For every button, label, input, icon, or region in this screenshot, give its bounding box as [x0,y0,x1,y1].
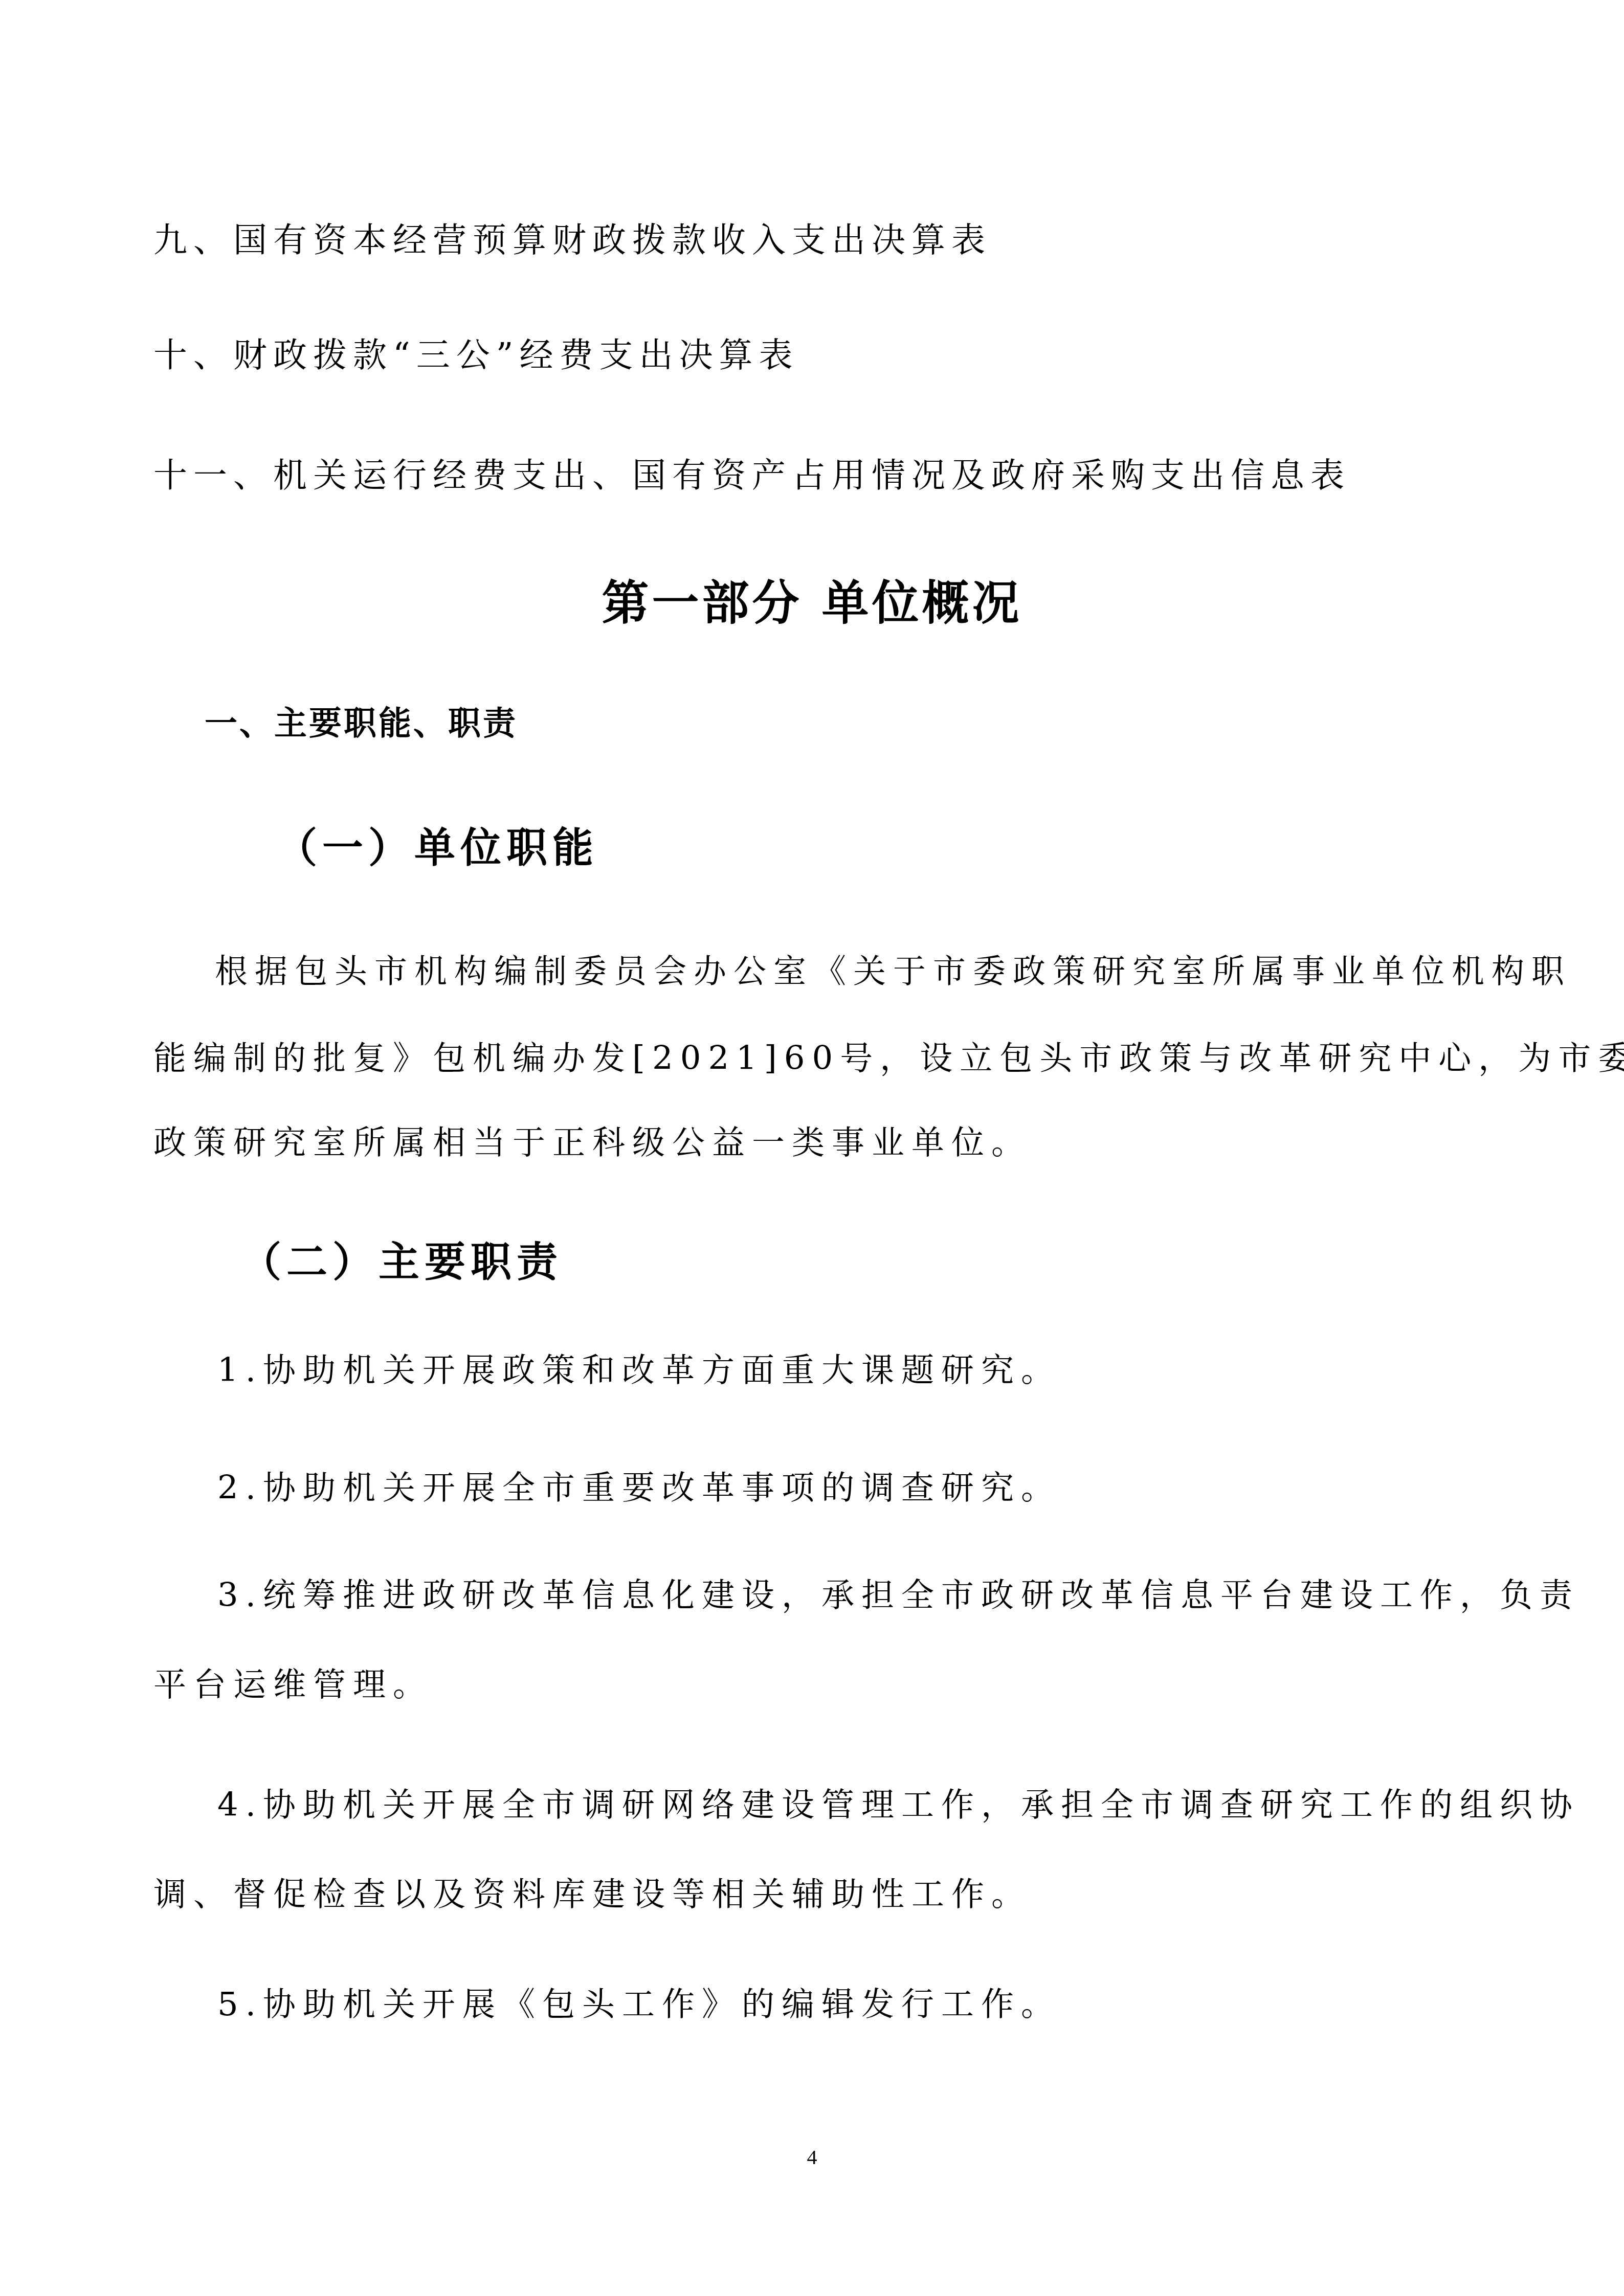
duty-item-4-cont: 调、督促检查以及资料库建设等相关辅助性工作。 [153,1874,1031,1915]
subheading-main-duties: （二）主要职责 [240,1237,563,1287]
duty-item-3: 3.统筹推进政研改革信息化建设，承担全市政研改革信息平台建设工作，负责 [217,1575,1579,1616]
duty-item-2: 2.协助机关开展全市重要改革事项的调查研究。 [217,1468,1061,1509]
document-page: 九、国有资本经营预算财政拨款收入支出决算表 十、财政拨款“三公”经费支出决算表 … [0,0,1624,2296]
heading-main-functions: 一、主要职能、职责 [205,703,518,744]
duty-item-4: 4.协助机关开展全市调研网络建设管理工作，承担全市调查研究工作的组织协 [217,1785,1579,1826]
paragraph-line: 政策研究室所属相当于正科级公益一类事业单位。 [153,1122,1031,1163]
toc-item-10: 十、财政拨款“三公”经费支出决算表 [153,335,798,376]
section-title: 第一部分 单位概况 [0,575,1624,632]
subheading-unit-functions: （一）单位职能 [276,823,598,872]
toc-item-9: 九、国有资本经营预算财政拨款收入支出决算表 [153,220,991,261]
toc-item-11: 十一、机关运行经费支出、国有资产占用情况及政府采购支出信息表 [153,455,1350,496]
paragraph-line: 根据包头市机构编制委员会办公室《关于市委政策研究室所属事业单位机构职 [215,951,1571,992]
duty-item-5: 5.协助机关开展《包头工作》的编辑发行工作。 [217,1984,1061,2025]
paragraph-line: 能编制的批复》包机编办发[2021]60号，设立包头市政策与改革研究中心，为市委 [153,1038,1624,1079]
duty-item-1: 1.协助机关开展政策和改革方面重大课题研究。 [217,1350,1061,1391]
page-number: 4 [0,2145,1624,2170]
duty-item-3-cont: 平台运维管理。 [153,1664,433,1705]
